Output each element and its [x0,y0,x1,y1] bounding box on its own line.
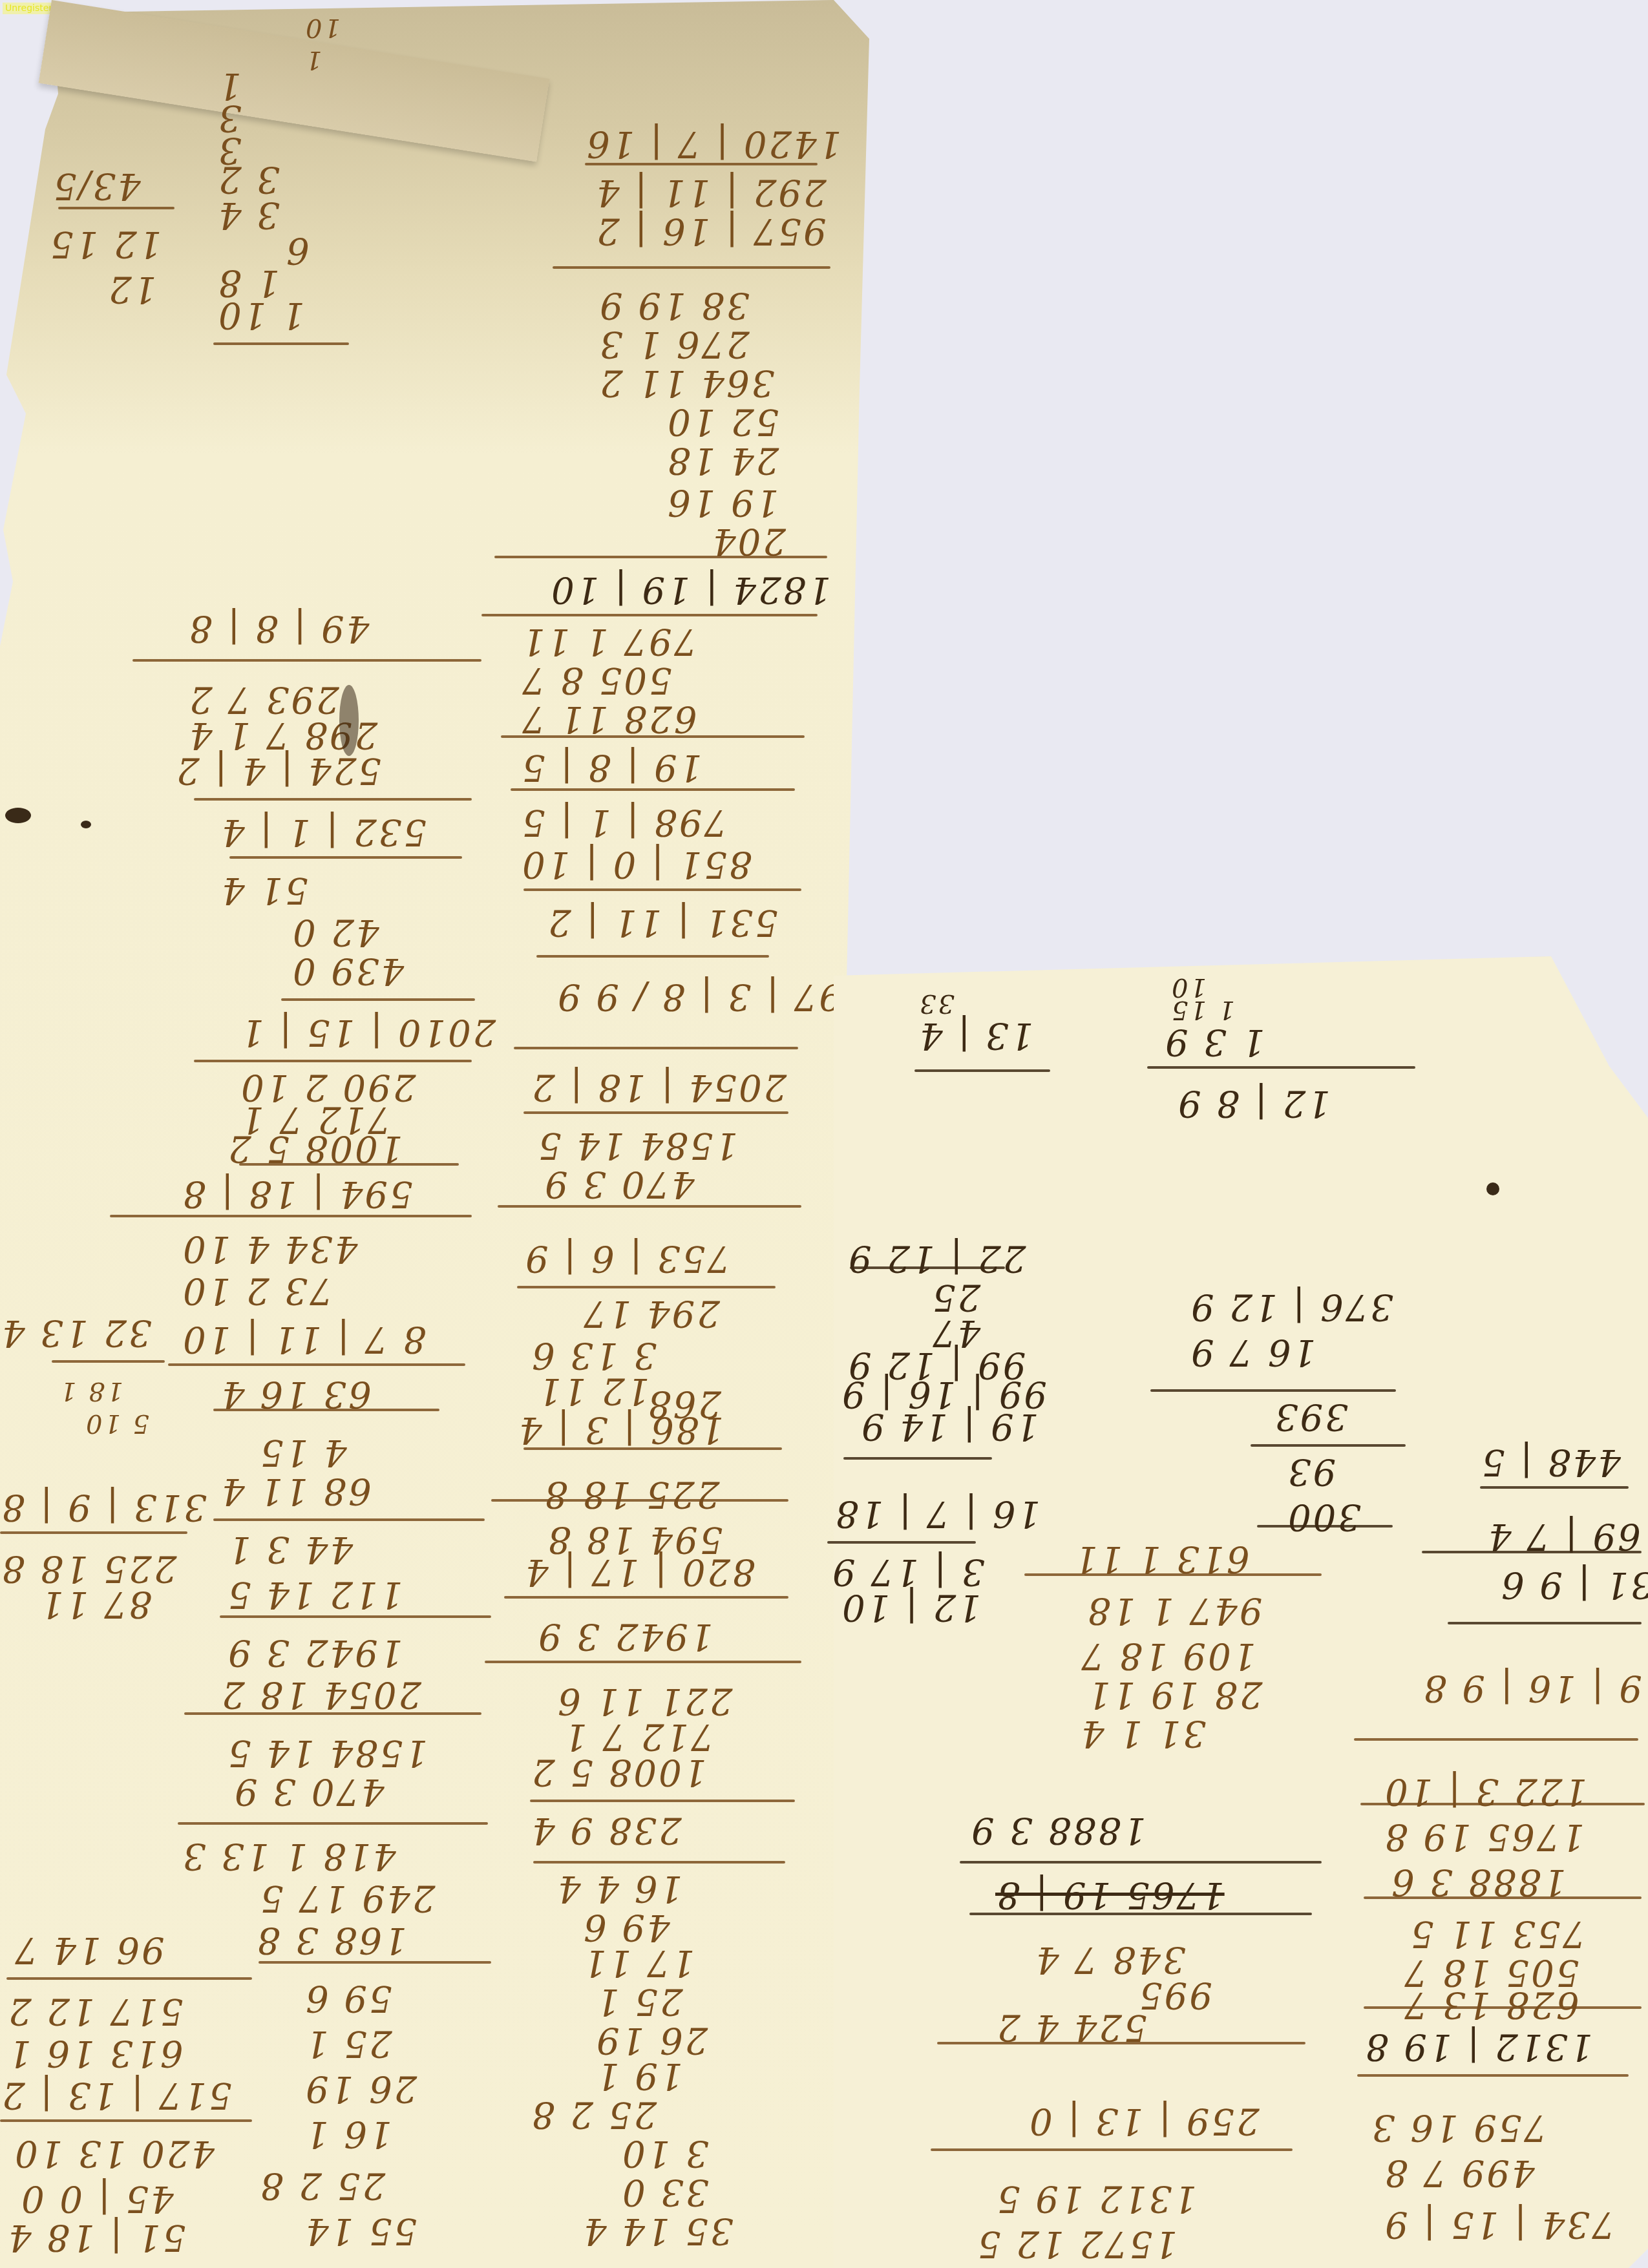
rule [1357,2074,1629,2077]
account-sum: 2054 | 18 | 2 [530,1066,787,1108]
account-entry: 8 7 | 11 | 10 [181,1318,427,1360]
rule [514,1047,798,1049]
account-entry: 820 | 17 | 4 [523,1551,755,1593]
account-row: 628 11 7 [520,698,697,740]
account-tail: 16 4 4 [556,1867,682,1909]
rule [1360,1803,1645,1805]
account-sum: 238 9 4 [530,1809,682,1851]
account-sum: 2010 | 15 | 1 [239,1011,496,1053]
account-item: 18 1 [58,1376,123,1406]
entry: 12 15 [48,223,162,265]
account-tail: 33 0 [620,2171,709,2213]
rule [194,1060,472,1062]
rule [481,614,818,616]
account-row: 524 | 4 | 2 [174,750,381,792]
account-row: 1008 5 2 [530,1751,706,1793]
rule [960,1861,1322,1864]
account-item: 32 13 4 [0,1312,152,1354]
account-item: 52 10 [666,401,779,443]
rule [194,798,472,801]
account-tail: 3 10 [620,2132,709,2174]
account-row: 470 3 9 [543,1163,695,1205]
account-item: 19 16 [666,481,779,523]
rule [168,1363,465,1366]
account-row: 19 | 14 9 [860,1405,1039,1447]
account-item: 1765 19 8 [1383,1816,1585,1858]
account-sum: 259 | 13 | 0 [1028,2100,1260,2142]
account-item: 439 0 [291,950,404,992]
account-tail: 19 1 [595,2055,683,2097]
rule [1422,1551,1642,1553]
account-total: 1888 3 9 [969,1809,1146,1851]
account-tail: 25 1 [595,1980,683,2022]
rule [58,207,174,209]
rule [132,659,481,662]
account-box: 16 | 7 | 18 [834,1493,1041,1535]
rule [843,1457,992,1460]
flap-entry: 1 [304,45,322,75]
rule [523,1447,782,1450]
account-row: 1584 14 5 [226,1732,428,1774]
rule [1354,1738,1638,1741]
account-sum: 1942 3 9 [226,1632,403,1674]
rule [281,998,475,1001]
account-item: 28 19 11 [1086,1674,1262,1716]
account-lower: 517 12 2 [6,1990,183,2032]
account-lower: 517 | 13 | 2 [0,2074,232,2116]
account-row: 16 7 9 [1189,1331,1316,1373]
rule [0,1531,187,1534]
account-sub: 300 [1286,1496,1361,1538]
account-tail: 1312 19 5 [995,2178,1197,2220]
ink-blot [1486,1182,1499,1195]
account-subtotal: 19 | 8 | 5 [520,746,702,788]
account-item: 276 1 3 [598,323,750,365]
rule [213,342,349,345]
account-box: 753 | 6 | 9 [523,1237,730,1279]
rule [498,1205,801,1208]
account-entry: 73 2 10 [181,1270,333,1312]
account-row: 131 | 9 6 [1499,1564,1648,1606]
rule [523,1111,788,1114]
account-sum: 1312 | 19 8 [1364,2026,1593,2068]
rule [491,1499,788,1502]
account-total: 1942 3 9 [536,1615,713,1657]
rule [937,2042,1305,2044]
account-lower: 613 16 1 [6,2032,183,2074]
account-tail: 26 19 [304,2068,417,2110]
account-tail: 499 7 8 [1383,2152,1535,2194]
account-item: 5 10 [84,1409,149,1438]
account-row: 22 | 12 9 [847,1237,1026,1279]
account-item: 42 0 [291,911,379,953]
ink-smudge [339,685,359,756]
account-row: 957 | 16 | 2 [595,210,827,252]
account-row: 87 11 [39,1583,152,1625]
account-tail: 55 14 [304,2210,417,2252]
account-item: 12 11 [536,1370,650,1412]
account-total: 393 [1273,1396,1348,1438]
account-item: 294 17 [582,1292,720,1334]
rule [178,1822,488,1825]
account-sum: 2054 18 2 [220,1674,421,1716]
account-item: 4 15 [259,1431,347,1473]
rule [6,1977,252,1980]
entry: 1 3 9 [1163,1021,1265,1063]
rule [494,556,827,558]
rule [517,1286,776,1288]
account-lower: 51 | 18 4 [6,2216,185,2258]
account-tail: 25 2 8 [259,2165,385,2207]
rule [259,1961,491,1964]
entry: 13 | 4 [918,1014,1033,1056]
entry-total: 12 | 8 9 [1176,1082,1331,1124]
flap-entry: 10 [304,13,341,43]
ink-blot [81,821,91,828]
account-item: 31 1 4 [1079,1712,1206,1754]
account-total: 418 1 13 3 [181,1835,396,1877]
account-item: 51 4 [220,869,308,911]
rule [1024,1573,1322,1576]
account-row: 470 3 9 [233,1770,385,1812]
account-row: 851 | 0 | 10 [520,843,752,885]
rule [1150,1389,1396,1392]
rule [850,1266,1005,1269]
rule [184,1712,481,1715]
rule [1364,2006,1642,2009]
account-tail: 25 1 [304,2022,392,2064]
account-tail: 59 6 [304,1977,392,2019]
account-total: 532 | 1 | 4 [220,811,427,853]
rule [914,1069,1050,1072]
account-item: 364 11 2 [598,362,774,404]
rule [220,1615,491,1618]
struck-entry: 1765 19 | 8 [995,1874,1225,1916]
account-item: 9 | 16 | 9 8 [1422,1667,1642,1709]
account-lower: 45 | 0 0 [19,2178,174,2220]
account-lower: 96 14 7 [13,1929,165,1971]
rule [1147,1066,1415,1069]
rule [229,856,462,859]
rule [1448,1622,1642,1624]
account-header: 376 | 12 9 [1189,1286,1393,1328]
rule [1257,1525,1393,1528]
rule [52,1360,165,1363]
account-tail: 1572 12 5 [976,2223,1178,2265]
account-item: 68 11 4 [220,1470,372,1512]
account-tail: 759 16 3 [1370,2106,1547,2148]
account-total: 168 3 8 [255,1919,407,1961]
account-item: 947 1 18 [1086,1590,1262,1632]
rule [553,266,830,269]
rule [585,163,818,165]
entry: 43/5 [52,165,141,207]
account-entry: 434 4 10 [181,1228,357,1270]
rule [504,1596,788,1599]
rule [1364,1896,1642,1899]
account-item: 186 | 3 | 4 [517,1409,724,1451]
rule [501,735,805,738]
account-tail: 35 14 4 [582,2210,734,2252]
rule [827,1541,976,1544]
account-box: 313 | 9 | 8 [0,1486,207,1528]
account-row: 798 | 1 | 5 [520,801,727,843]
account-total: 531 | 11 | 2 [546,901,778,943]
rule [511,788,795,791]
account-note: 97 | 3 | 8 / 9 9 [556,976,842,1018]
account-header: 49 | 8 | 8 [187,607,369,649]
rule [239,1163,459,1166]
account-sub: 93 [1286,1451,1336,1493]
tally-entry: 3 4 [217,194,280,236]
account-item: 122 3 | 10 [1383,1770,1587,1812]
entry: 12 [107,268,156,310]
rule [1480,1486,1629,1489]
rule [523,888,801,891]
account-total: 1824 | 19 | 10 [549,569,831,611]
account-row: 505 8 7 [520,659,672,701]
rule [931,2148,1293,2151]
tally-entry: 6 [284,229,310,271]
account-row: 753 11 5 [1409,1913,1585,1955]
rule [1251,1444,1406,1447]
rule [213,1518,485,1521]
account-tail: 25 2 8 [530,2094,657,2136]
account-total: 249 17 5 [259,1877,435,1919]
rule [213,1409,439,1411]
account-tail: 16 1 [304,2113,392,2155]
account-item: 38 19 9 [598,284,750,326]
account-header: 448 | 5 [1480,1441,1621,1483]
account-tail: 17 11 [582,1942,695,1984]
rule [110,1215,472,1217]
account-item: 109 18 7 [1079,1635,1256,1677]
account-box: 594 | 18 | 8 [181,1173,413,1215]
account-item: 112 14 5 [226,1573,403,1615]
account-entry: 225 18 8 [543,1473,719,1515]
account-tail: 734 | 15 | 9 [1383,2203,1615,2245]
rule [0,2119,252,2122]
account-box: 12 | 10 [840,1586,981,1628]
account-row: 995 [1137,1974,1212,2016]
rule [969,1913,1312,1915]
account-header: 1420 | 7 | 16 [585,123,841,165]
account-row: 628 13 7 [1402,1984,1579,2026]
rule [530,1800,795,1802]
rule [485,1661,801,1663]
rule [536,955,769,958]
account-lower: 420 13 10 [13,2132,215,2174]
tally-entry: 1 10 [217,294,305,336]
ink-blot [5,808,31,823]
account-row: 1584 14 5 [536,1124,738,1166]
rule [533,1861,785,1864]
account-row: 797 1 11 [520,620,697,662]
account-row: 292 | 11 | 4 [595,171,827,213]
account-item: 44 3 1 [226,1528,353,1570]
account-item: 24 18 [666,439,779,481]
